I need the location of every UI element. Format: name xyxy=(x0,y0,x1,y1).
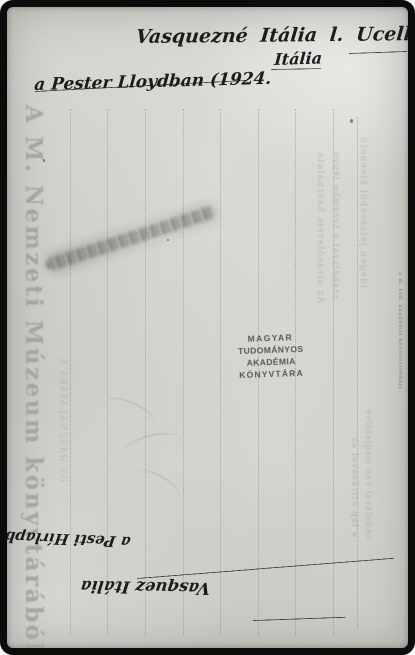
ink-speck xyxy=(350,119,353,123)
showthrough-text: cédulával van megjelölve xyxy=(364,399,373,539)
column-rule xyxy=(183,109,184,635)
column-rule xyxy=(107,109,108,635)
underline xyxy=(271,68,321,70)
owner-mark-vertical-text: A M. Nemzeti Múzeum könyvtárából xyxy=(20,105,47,557)
showthrough-text: Az olvasóterem használata xyxy=(315,103,325,303)
column-rule xyxy=(145,109,146,635)
showthrough-text: e lap átírásával az xyxy=(349,387,359,537)
pencil-squiggle xyxy=(100,391,160,435)
handwritten-name-line-2: Itália xyxy=(274,48,323,69)
strikethrough-line xyxy=(137,558,394,579)
handwritten-signature-upside-down: Vasquez Itália xyxy=(41,576,211,598)
underline xyxy=(349,51,407,54)
pencil-squiggle xyxy=(130,464,184,507)
handwritten-name-line: Vasquezné Itália l. Ucelli xyxy=(135,23,415,48)
scanned-card-back: A M. Nemzeti Múzeum könyvtárából Az olva… xyxy=(0,0,415,655)
column-rule xyxy=(70,109,71,635)
ink-speck xyxy=(167,239,169,241)
ink-speck xyxy=(43,159,45,162)
library-stamp: MAGYAR TUDOMÁNYOS AKADÉMIA KÖNYVTÁRA xyxy=(212,331,330,382)
pencil-squiggle xyxy=(120,428,184,468)
showthrough-text: idegen jelzéséből kivehető xyxy=(358,103,368,288)
showthrough-text: os használatára a xyxy=(57,192,67,482)
handwritten-note-crossed: a Pester Lloydban (1924. xyxy=(33,69,272,95)
showthrough-text: szabályzat a terembe lépve xyxy=(331,119,341,299)
paper-grain-texture xyxy=(7,7,408,648)
printer-imprint: a m. tud. akadémia könyvnyomdája xyxy=(397,272,403,354)
